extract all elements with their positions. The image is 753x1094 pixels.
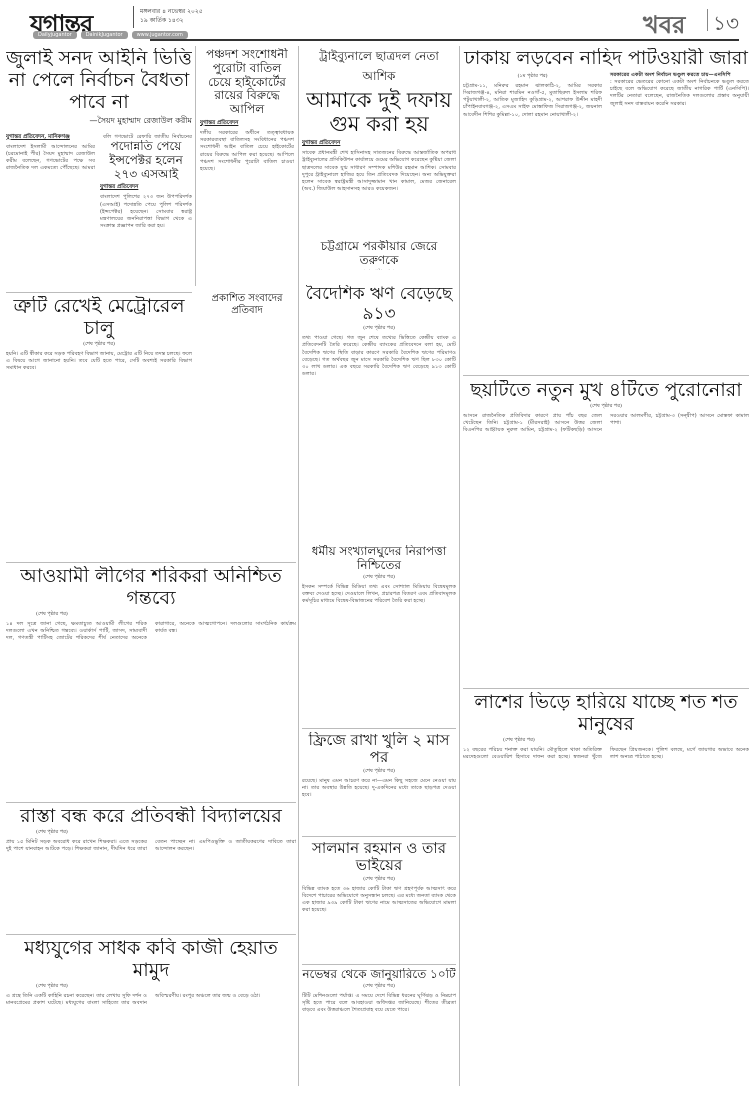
story-divider: [463, 375, 749, 376]
story-new-faces: ছয়টিতে নতুন মুখ ৪টিতে পুরোনোরা (শেষ পৃষ…: [463, 380, 749, 685]
continued-label: (শেষ পৃষ্ঠার পর): [302, 325, 456, 333]
story-divider: [6, 802, 296, 803]
story-divider: [6, 562, 296, 563]
story-kazi-heyat: মধ্যযুগের সাধক কবি কাজী হেয়াত মামুদ (শে…: [6, 938, 296, 1088]
masthead-divider: [133, 6, 134, 28]
headline: চট্টগ্রামে পরকীয়ার জেরে তরুণকে: [302, 240, 456, 268]
story-metro-rail: ত্রুটি রেখেই মেট্রোরেল চালু (শেষ পৃষ্ঠার…: [6, 296, 192, 561]
story-body: সাবেক প্রধানমন্ত্রী শেখ হাসিনাসহ সাতজনের…: [302, 150, 456, 193]
column-rule: [298, 46, 299, 1086]
byline: যুগান্তর প্রতিবেদন: [100, 184, 192, 192]
story-body: এ গ্রন্থে তিনি একটি কাহিনি রচনা করেছেন। …: [6, 993, 296, 1007]
headline: পঞ্চদশ সংশোধনী পুরোটা বাতিল চেয়ে হাইকোর…: [200, 48, 294, 117]
story-body: আসনে রাজনৈতিক প্রতিবিদার কারণে প্রায় পা…: [463, 413, 749, 435]
facebook-handle[interactable]: DainikJugantor: [81, 31, 128, 39]
story-awami-league: আওয়ামী লীগের শরিকরা অনিশ্চিত গন্তব্যে (…: [6, 566, 296, 796]
byline: যুগান্তর প্রতিবেদন, মানিকগঞ্জ: [6, 134, 95, 142]
continued-label: (শেষ পৃষ্ঠার পর): [463, 403, 749, 411]
story-tribunal-ashik: ট্রাইব্যুনালে ছাত্রদল নেতা আশিক আমাকে দু…: [302, 48, 456, 238]
headline: ধর্মীয় সংখ্যালঘুদের নিরাপত্তা নিশ্চিতের: [302, 545, 456, 573]
story-body: চট্টগ্রাম-১১, মনিরুর রহমান ঝালকাঠি-২, আম…: [463, 83, 602, 119]
date-bengali: ১৯ কার্তিক ১৪৩২: [140, 16, 203, 25]
social-links: Dailyjugantor DainikJugantor www.juganto…: [33, 31, 188, 39]
continued-label: (শেষ পৃষ্ঠার পর): [6, 829, 296, 837]
headline: ছয়টিতে নতুন মুখ ৪টিতে পুরোনোরা: [463, 380, 749, 402]
date-gregorian: মঙ্গলবার ৪ নভেম্বর ২০২৫: [140, 7, 203, 16]
story-body: প্রায় ১৫ মিনিট সড়ক অবরোধ করে রাখেন শিক…: [6, 839, 296, 853]
headline: বৈদেশিক ঋণ বেড়েছে ৯১৩: [302, 285, 456, 324]
side-kicker: সরকারের একটা অংশ নির্বাচন ভণ্ডুল করতে চা…: [610, 72, 749, 79]
story-minority-safety: ধর্মীয় সংখ্যালঘুদের নিরাপত্তা নিশ্চিতের…: [302, 545, 456, 725]
continued-label: (শেষ পৃষ্ঠার পর): [302, 269, 456, 270]
story-foreign-debt: বৈদেশিক ঋণ বেড়েছে ৯১৩ (শেষ পৃষ্ঠার পর) …: [302, 285, 456, 540]
kicker: ট্রাইব্যুনালে ছাত্রদল নেতা আশিক: [302, 48, 456, 88]
newspaper-logo: যুগান্তর: [30, 6, 92, 46]
story-divider: [302, 964, 456, 965]
story-body: টিটি মেশিনগুলো পর্যাপ্ত। এ সময়ে দেশে বি…: [302, 993, 456, 1015]
story-body: ১৪ দল সূত্রে জানা গেছে, ক্ষমতাচ্যুত আওয়…: [6, 621, 296, 643]
continued-label: (১ম পৃষ্ঠার পর): [463, 73, 602, 81]
headline: আওয়ামী লীগের শরিকরা অনিশ্চিত গন্তব্যে: [6, 566, 296, 610]
story-body: তথ্য পাওয়া গেছে। গত জুন শেষে তথ্যের ভিত…: [302, 335, 456, 378]
story-bodies-crowd: লাশের ভিড়ে হারিয়ে যাচ্ছে শত শত মানুষের…: [463, 692, 749, 1087]
story-inspector-promotion: পদোন্নতি পেয়ে ইন্সপেক্টর হলেন ২৭৩ এসআই …: [100, 140, 192, 285]
continued-label: (শেষ পৃষ্ঠার পর): [302, 574, 456, 582]
headline: পদোন্নতি পেয়ে ইন্সপেক্টর হলেন ২৭৩ এসআই: [100, 140, 192, 181]
twitter-handle[interactable]: Dailyjugantor: [33, 31, 77, 39]
story-fridge-skull: ফ্রিজে রাখা খুলি ২ মাস পর (শেষ পৃষ্ঠার প…: [302, 732, 456, 832]
page-number: ১৩: [713, 9, 739, 42]
continued-label: (শেষ পৃষ্ঠার পর): [302, 983, 456, 991]
continued-label: (শেষ পৃষ্ঠার পর): [463, 737, 749, 745]
byline: যুগান্তর প্রতিবেদন: [200, 120, 294, 128]
story-divider: [6, 934, 296, 935]
story-body: ১২ বছরের পরিচয় শনাক্ত করা যায়নি। মৌতুহ…: [463, 747, 749, 761]
masthead-date: মঙ্গলবার ৪ নভেম্বর ২০২৫ ১৯ কার্তিক ১৪৩২: [140, 7, 203, 25]
continued-label: (শেষ পৃষ্ঠার পর): [302, 876, 456, 884]
headline: লাশের ভিড়ে হারিয়ে যাচ্ছে শত শত মানুষের: [463, 692, 749, 736]
story-body: দলীয় সরকারের অধীনে তত্ত্বাবধায়ক সরকারব…: [200, 130, 294, 173]
headline: নভেম্বর থেকে জানুয়ারিতে ১০টি: [302, 968, 456, 982]
headline: জুলাই সনদ আইনি ভিত্তি না পেলে নির্বাচন ব…: [6, 48, 192, 114]
headline: ত্রুটি রেখেই মেট্রোরেল চালু: [6, 296, 192, 340]
headline: সালমান রহমান ও তার ভাইয়ের: [302, 840, 456, 875]
headline: মধ্যযুগের সাধক কবি কাজী হেয়াত মামুদ: [6, 938, 296, 982]
side-body: : সরকারের ভেতরের কোনো একটা অংশ নির্বাচনক…: [610, 79, 749, 108]
story-body: রয়েছে। মানুষ এমন আচরণ করে না—এমন কিছু স…: [302, 778, 456, 800]
story-chattogram: চট্টগ্রামে পরকীয়ার জেরে তরুণকে (শেষ পৃষ…: [302, 240, 456, 270]
headline: আমাকে দুই দফায় গুম করা হয়: [302, 88, 456, 136]
story-dhaka-nahid: ঢাকায় লড়বেন নাহিদ পাটওয়ারী জারা (১ম প…: [463, 48, 749, 373]
section-divider: [707, 9, 708, 31]
story-body: ইসকন সম্পর্কে বিভিন্ন মিডিয়া তথ্য এবং স…: [302, 584, 456, 606]
headline: রাস্তা বন্ধ করে প্রতিবন্ধী বিদ্যালয়ের: [6, 806, 296, 828]
story-body: হয়নি। এটি স্বীকার করে সড়ক পরিবহণ বিভাগ…: [6, 351, 192, 373]
quote-attribution: —সৈয়দ মুহাম্মাদ রেজাউল করীম: [6, 115, 192, 128]
story-divider: [302, 728, 456, 729]
column-rule: [195, 46, 196, 286]
story-body: বিভিন্ন ব্যাংক হতে ৩৬ হাজার কোটি টাকা ঋণ…: [302, 886, 456, 915]
continued-label: (শেষ পৃষ্ঠার পর): [302, 768, 456, 776]
story-divider: [463, 688, 749, 689]
story-divider: [6, 292, 192, 293]
subheadline: প্রকাশিত সংবাদের প্রতিবাদ: [200, 293, 294, 317]
story-disabled-school: রাস্তা বন্ধ করে প্রতিবন্ধী বিদ্যালয়ের (…: [6, 806, 296, 931]
headline: ঢাকায় লড়বেন নাহিদ পাটওয়ারী জারা: [463, 48, 749, 70]
continued-label: (শেষ পৃষ্ঠার পর): [6, 341, 192, 349]
headline: ফ্রিজে রাখা খুলি ২ মাস পর: [302, 732, 456, 767]
story-november-january: নভেম্বর থেকে জানুয়ারিতে ১০টি (শেষ পৃষ্ঠ…: [302, 968, 456, 1088]
story-body: বাংলাদেশ পুলিশের ২৭৩ জন উপপরিদর্শক (এসআই…: [100, 194, 192, 230]
website-link[interactable]: www.jugantor.com: [132, 31, 188, 39]
column-rule: [459, 46, 460, 1086]
story-divider: [302, 836, 456, 837]
story-amendment-appeal: পঞ্চদশ সংশোধনী পুরোটা বাতিল চেয়ে হাইকোর…: [200, 48, 294, 518]
byline: যুগান্তর প্রতিবেদন: [302, 140, 456, 148]
story-salman-rahman: সালমান রহমান ও তার ভাইয়ের (শেষ পৃষ্ঠার …: [302, 840, 456, 960]
masthead: যুগান্তর মঙ্গলবার ৪ নভেম্বর ২০২৫ ১৯ কার্…: [0, 0, 753, 44]
section-title: খবর: [643, 7, 685, 47]
continued-label: (শেষ পৃষ্ঠার পর): [6, 611, 296, 619]
continued-label: (শেষ পৃষ্ঠার পর): [6, 983, 296, 991]
